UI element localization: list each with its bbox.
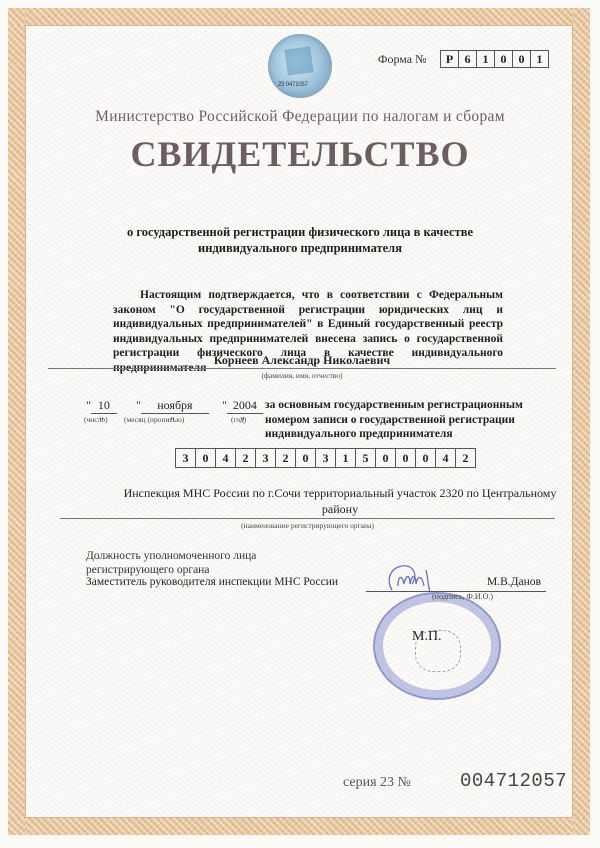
- ogrn-digit: 0: [296, 449, 316, 467]
- form-label: Форма №: [378, 52, 427, 67]
- form-code-char: 0: [495, 51, 513, 67]
- ogrn-number-boxes: 3 0 4 2 3 2 0 3 1 5 0 0 0 4 2: [175, 448, 476, 468]
- ogrn-digit: 0: [376, 449, 396, 467]
- ogrn-digit: 0: [196, 449, 216, 467]
- official-position-label: Должность уполномоченного лица регистрир…: [86, 549, 286, 577]
- seal-label: М.П.: [412, 629, 442, 645]
- ogrn-digit: 5: [356, 449, 376, 467]
- form-code-char: 1: [477, 51, 495, 67]
- ogrn-digit: 2: [276, 449, 296, 467]
- date-day-caption: (число): [84, 415, 108, 424]
- ogrn-digit: 3: [256, 449, 276, 467]
- date-month: "ноября": [136, 398, 209, 429]
- form-code-char: 1: [531, 51, 548, 67]
- full-name-caption: (фамилия, имя, отчество): [48, 371, 556, 380]
- official-seal-stamp: [373, 592, 501, 700]
- ogrn-digit: 2: [236, 449, 256, 467]
- form-code-char: Р: [441, 51, 459, 67]
- official-position: Заместитель руководителя инспекции МНС Р…: [86, 576, 338, 588]
- ogrn-digit: 4: [436, 449, 456, 467]
- series-number: 004712057: [460, 770, 567, 792]
- form-code-char: 6: [459, 51, 477, 67]
- form-code-char: 0: [513, 51, 531, 67]
- hologram-code: 23 0471057: [278, 82, 308, 88]
- ogrn-digit: 0: [396, 449, 416, 467]
- date-year: "2004": [222, 398, 263, 429]
- authority-caption: (наименование регистрирующего органа): [60, 521, 555, 530]
- ministry-name: Министерство Российской Федерации по нал…: [0, 108, 600, 126]
- authority-underline: [60, 518, 555, 519]
- ogrn-digit: 2: [456, 449, 475, 467]
- date-month-caption: (месяц (прописью): [124, 415, 184, 424]
- full-name: Корнеев Александр Николаевич: [48, 353, 556, 368]
- ogrn-digit: 4: [216, 449, 236, 467]
- ogrn-description: за основным государственным регистрацион…: [265, 398, 555, 442]
- signature-caption: (подпись, Ф.И.О.): [432, 592, 493, 601]
- ogrn-digit: 1: [336, 449, 356, 467]
- full-name-underline: [48, 368, 556, 369]
- document-subtitle: о государственной регистрации физическог…: [100, 224, 500, 256]
- date-day: "10": [86, 398, 117, 429]
- signer-name: М.В.Данов: [487, 576, 541, 588]
- hologram-emblem-icon: [284, 46, 313, 75]
- form-code-boxes: Р 6 1 0 0 1: [440, 50, 549, 68]
- document-title: СВИДЕТЕЛЬСТВО: [0, 133, 600, 175]
- ogrn-digit: 3: [316, 449, 336, 467]
- ogrn-digit: 3: [176, 449, 196, 467]
- date-year-caption: (год): [231, 415, 246, 424]
- registering-authority: Инспекция МНС России по г.Сочи территори…: [110, 485, 570, 517]
- ogrn-digit: 0: [416, 449, 436, 467]
- series-label: серия 23 №: [343, 775, 411, 791]
- hologram-sticker: 23 0471057: [268, 34, 332, 98]
